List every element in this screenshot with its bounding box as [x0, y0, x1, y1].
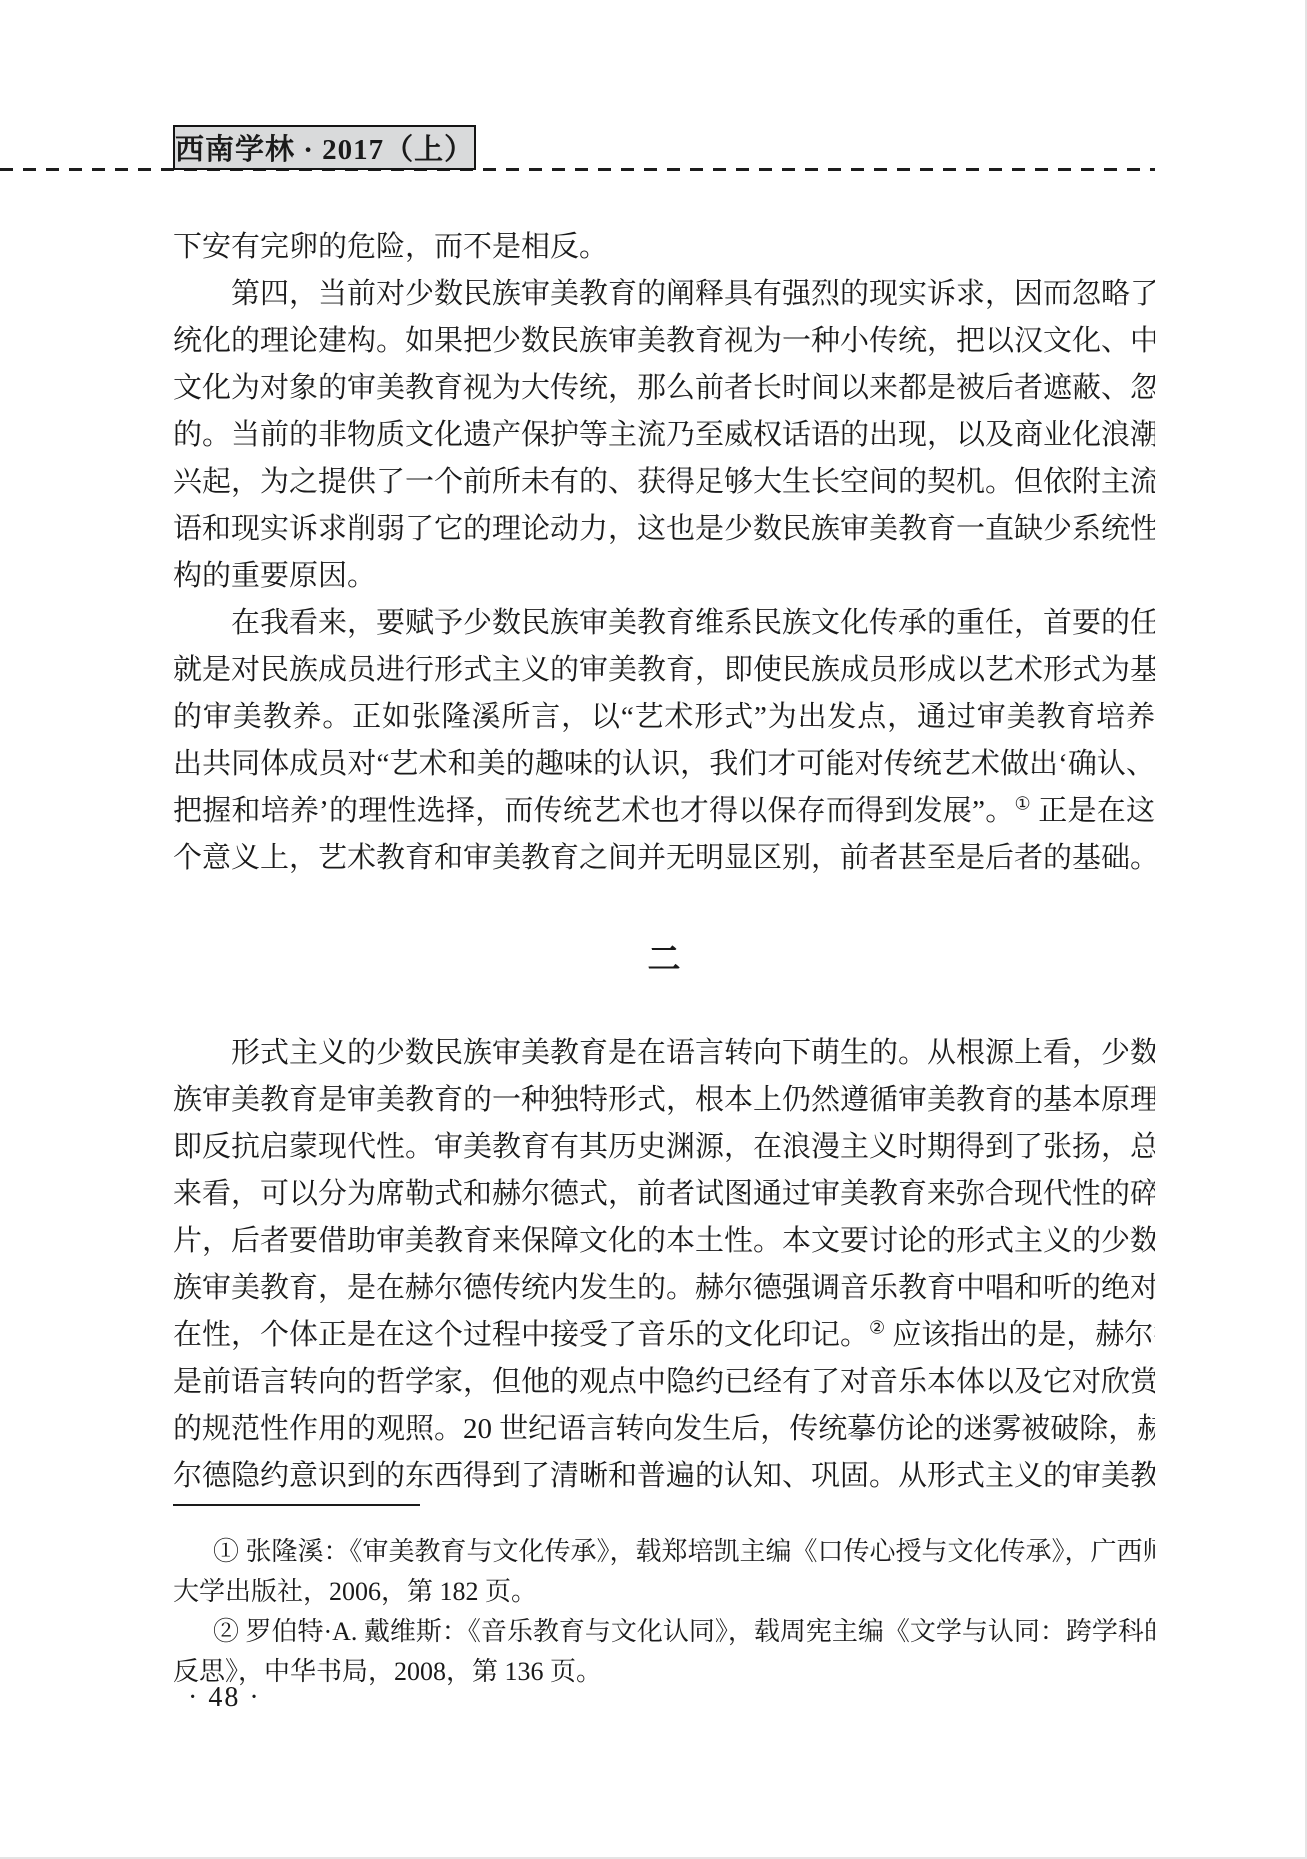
footnote-line: ① 张隆溪：《审美教育与文化传承》，载郑培凯主编《口传心授与文化传承》，广西师范: [173, 1532, 1155, 1572]
body-line: 即反抗启蒙现代性。审美教育有其历史渊源，在浪漫主义时期得到了张扬，总体: [173, 1124, 1155, 1171]
body-line: 的。当前的非物质文化遗产保护等主流乃至威权话语的出现，以及商业化浪潮的: [173, 412, 1155, 459]
body-line: 文化为对象的审美教育视为大传统，那么前者长时间以来都是被后者遮蔽、忽略: [173, 365, 1155, 412]
journal-title: 西南学林 · 2017（上）: [175, 127, 474, 168]
body-line: 就是对民族成员进行形式主义的审美教育，即使民族成员形成以艺术形式为基础: [173, 647, 1155, 694]
footnote-line: ② 罗伯特·A. 戴维斯：《音乐教育与文化认同》，载周宪主编《文学与认同：跨学科…: [173, 1612, 1155, 1652]
body-line: 把握和培养’的理性选择，而传统艺术也才得以保存而得到发展”。① 正是在这: [173, 788, 1155, 835]
footnote-ref-superscript: ①: [1014, 793, 1030, 813]
body-line: 语和现实诉求削弱了它的理论动力，这也是少数民族审美教育一直缺少系统性建: [173, 506, 1155, 553]
page-number: · 48 ·: [188, 1682, 261, 1714]
body-line: 在性，个体正是在这个过程中接受了音乐的文化印记。② 应该指出的是，赫尔德: [173, 1312, 1155, 1359]
body-line: 下安有完卵的危险，而不是相反。: [173, 224, 1155, 271]
body-line: 兴起，为之提供了一个前所未有的、获得足够大生长空间的契机。但依附主流话: [173, 459, 1155, 506]
body-line: 形式主义的少数民族审美教育是在语言转向下萌生的。从根源上看，少数民: [173, 1030, 1155, 1077]
body-line: 构的重要原因。: [173, 553, 1155, 600]
body-line: 统化的理论建构。如果把少数民族审美教育视为一种小传统，把以汉文化、中华: [173, 318, 1155, 365]
body-line: 族审美教育，是在赫尔德传统内发生的。赫尔德强调音乐教育中唱和听的绝对内: [173, 1265, 1155, 1312]
body-line: 尔德隐约意识到的东西得到了清晰和普遍的认知、巩固。从形式主义的审美教育: [173, 1453, 1155, 1500]
footnotes-section: ① 张隆溪：《审美教育与文化传承》，载郑培凯主编《口传心授与文化传承》，广西师范…: [173, 1504, 1155, 1692]
body-line: 出共同体成员对“艺术和美的趣味的认识，我们才可能对传统艺术做出‘确认、: [173, 741, 1155, 788]
body-line: 第四，当前对少数民族审美教育的阐释具有强烈的现实诉求，因而忽略了系: [173, 271, 1155, 318]
body-line: 是前语言转向的哲学家，但他的观点中隐约已经有了对音乐本体以及它对欣赏者: [173, 1359, 1155, 1406]
body-line: 来看，可以分为席勒式和赫尔德式，前者试图通过审美教育来弥合现代性的碎: [173, 1171, 1155, 1218]
body-line: 的审美教养。正如张隆溪所言，以“艺术形式”为出发点，通过审美教育培养: [173, 694, 1155, 741]
body-text: 下安有完卵的危险，而不是相反。第四，当前对少数民族审美教育的阐释具有强烈的现实诉…: [173, 224, 1155, 1500]
journal-header-badge: 西南学林 · 2017（上）: [173, 125, 476, 170]
body-line: 在我看来，要赋予少数民族审美教育维系民族文化传承的重任，首要的任务: [173, 600, 1155, 647]
footnote-line: 反思》，中华书局，2008，第 136 页。: [173, 1652, 1155, 1692]
body-line: 个意义上，艺术教育和审美教育之间并无明显区别，前者甚至是后者的基础。: [173, 835, 1155, 882]
body-line: 片，后者要借助审美教育来保障文化的本土性。本文要讨论的形式主义的少数民: [173, 1218, 1155, 1265]
section-heading: 二: [173, 882, 1155, 1030]
footnote-line: 大学出版社，2006，第 182 页。: [173, 1572, 1155, 1612]
footnote-ref-superscript: ②: [869, 1317, 885, 1337]
body-line: 族审美教育是审美教育的一种独特形式，根本上仍然遵循审美教育的基本原理，: [173, 1077, 1155, 1124]
footnote-separator-rule: [173, 1504, 420, 1506]
body-line: 的规范性作用的观照。20 世纪语言转向发生后，传统摹仿论的迷雾被破除，赫: [173, 1406, 1155, 1453]
document-page: 西南学林 · 2017（上） 下安有完卵的危险，而不是相反。第四，当前对少数民族…: [0, 0, 1307, 1859]
